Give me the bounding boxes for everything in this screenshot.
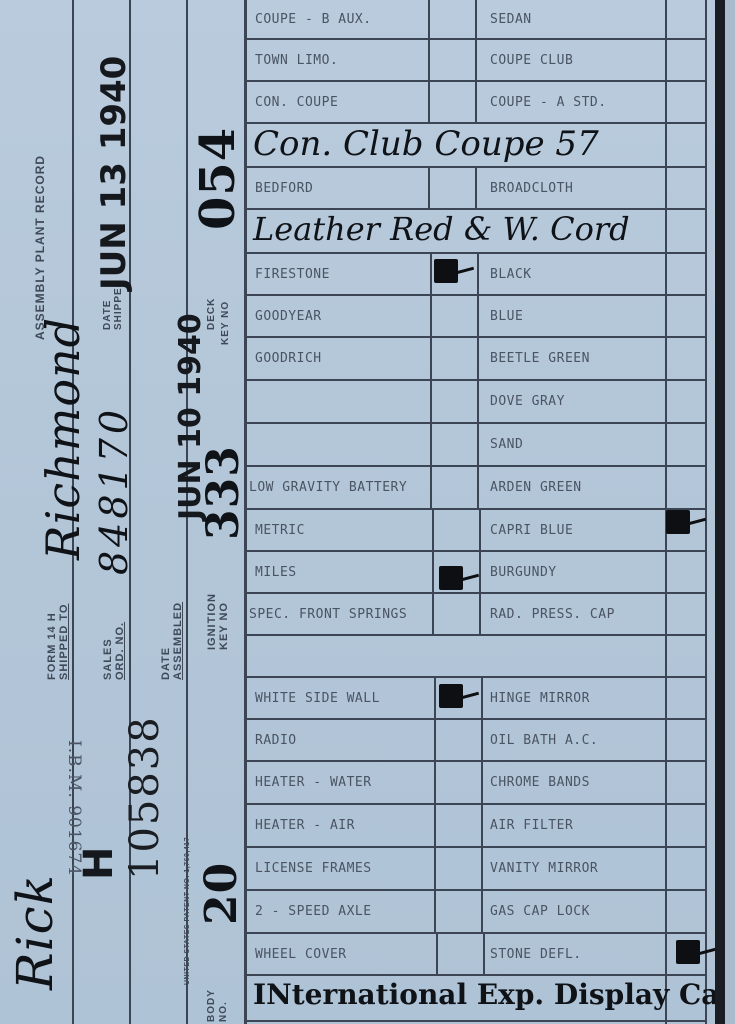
grid-row: TOWN LIMO. COUPE CLUB (245, 40, 705, 82)
grid-row: SAND (245, 424, 705, 467)
form-id-label: FORM 14 H (46, 612, 58, 680)
trim-handwritten: Leather Red & W. Cord (253, 210, 630, 248)
punch-mark (439, 684, 463, 708)
sales-label: SALES (102, 638, 114, 680)
grid-row: GOODYEAR BLUE (245, 296, 705, 338)
date-assembled-label-1: DATE (160, 647, 172, 680)
form-title: ASSEMBLY PLANT RECORD (34, 155, 46, 340)
patent-text: UNITED STATES PATENT NO. 1,760,417 (182, 837, 194, 985)
grid-row: LOW GRAVITY BATTERY ARDEN GREEN (245, 467, 705, 510)
assembly-plant-record-card: ASSEMBLY PLANT RECORD FORM 14 H SHIPPED … (0, 0, 725, 1024)
deck-key-no-label: KEY NO (220, 301, 232, 345)
grid-row: WHEEL COVER STONE DEFL. (245, 934, 705, 976)
body-label-1: BODY (206, 989, 218, 1022)
grid-row-handwritten: Leather Red & W. Cord (245, 210, 705, 254)
sales-ord-no-value: 848170 (92, 406, 136, 575)
grid-row: LICENSE FRAMES VANITY MIRROR (245, 848, 705, 891)
scan-edge (715, 0, 725, 1024)
ord-no-label: ORD. NO. (114, 622, 126, 680)
grid-row: GOODRICH BEETLE GREEN (245, 338, 705, 381)
grid-row: MILES BURGUNDY (245, 552, 705, 594)
body-style-handwritten: Con. Club Coupe 57 (253, 124, 599, 164)
signature: Rick (6, 874, 64, 990)
punch-mark (434, 259, 458, 283)
deck-label: DECK (206, 298, 218, 330)
grid-row-blank (245, 636, 705, 678)
ignition-key-no-value: 333 (198, 445, 249, 540)
grid-row: FIRESTONE BLACK (245, 254, 705, 296)
grid-row: 2 - SPEED AXLE GAS CAP LOCK (245, 891, 705, 934)
notes-handwritten: INternational Exp. Display Car (253, 978, 725, 1011)
grid-row: COUPE - B AUX. SEDAN (245, 0, 705, 40)
date-assembled-label-2: ASSEMBLED (172, 602, 184, 680)
grid-row: WHITE SIDE WALL HINGE MIRROR (245, 678, 705, 720)
grid-row-handwritten: Con. Club Coupe 57 (245, 124, 705, 168)
grid-row: CON. COUPE COUPE - A STD. (245, 82, 705, 124)
punch-mark (666, 510, 690, 534)
grid-row: METRIC CAPRI BLUE (245, 510, 705, 552)
ignition-label: IGNITION (206, 593, 218, 650)
grid-row: HEATER - WATER CHROME BANDS (245, 762, 705, 805)
body-label-2: NO. (218, 1001, 230, 1022)
serial-number: 105838 (122, 715, 168, 880)
grid-row: SPEC. FRONT SPRINGS RAD. PRESS. CAP (245, 594, 705, 636)
punch-mark (676, 940, 700, 964)
punch-mark (439, 566, 463, 590)
ignition-key-no-label: KEY NO (218, 602, 230, 650)
shipped-to-label: SHIPPED TO (58, 604, 70, 680)
shipped-to-value: Richmond (36, 317, 90, 560)
grid-row-handwritten: INternational Exp. Display Car (245, 976, 705, 1022)
grid-row: DOVE GRAY (245, 381, 705, 424)
date-shipped-stamp: JUN 13 1940 (94, 56, 134, 290)
serial-prefix: H (76, 847, 122, 880)
body-no-value: 20 (196, 862, 247, 925)
grid-row: BEDFORD BROADCLOTH (245, 168, 705, 210)
deck-key-no-value: 054 (190, 127, 246, 230)
grid-row: HEATER - AIR AIR FILTER (245, 805, 705, 848)
grid-row: RADIO OIL BATH A.C. (245, 720, 705, 762)
